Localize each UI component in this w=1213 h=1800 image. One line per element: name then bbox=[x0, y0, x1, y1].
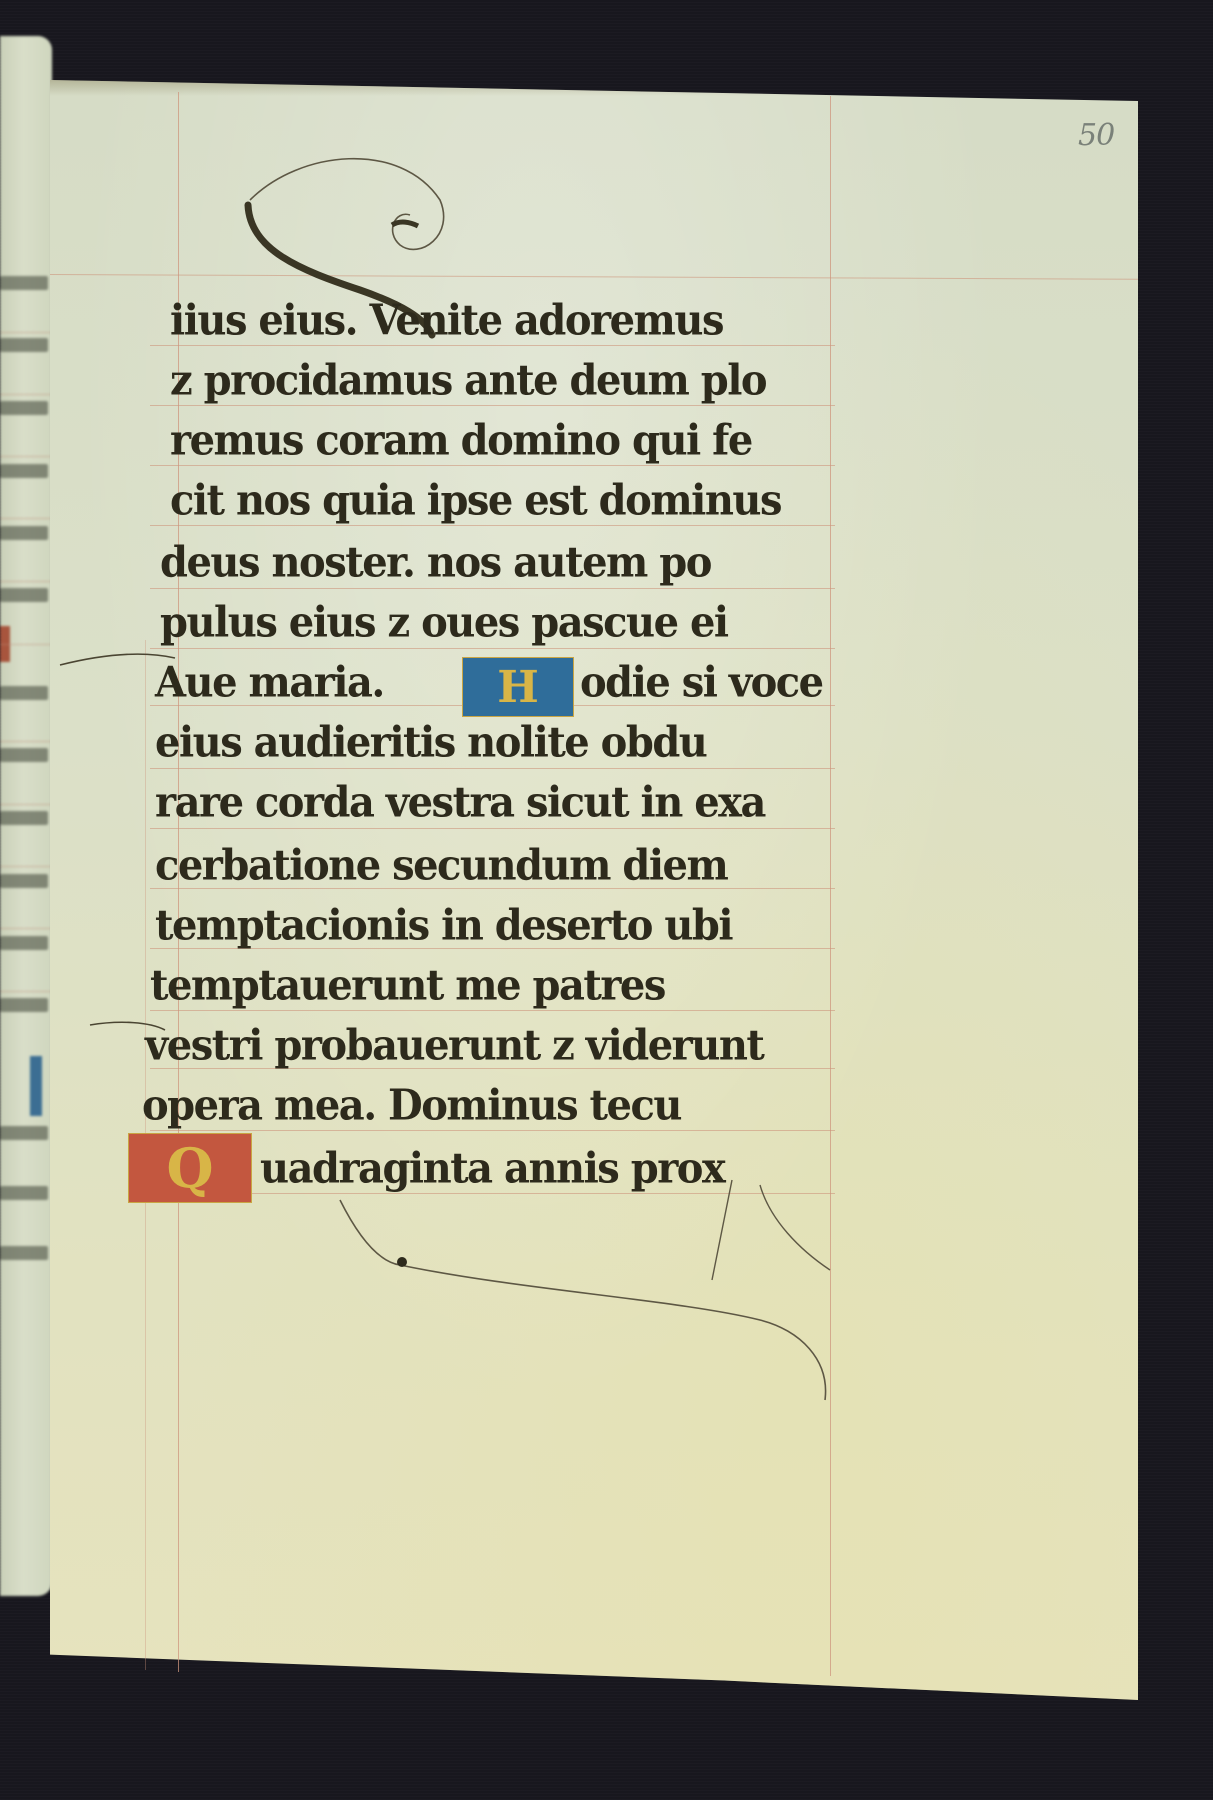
previous-leaf-edge bbox=[0, 36, 52, 1596]
text-line-7a: Aue maria. bbox=[155, 658, 384, 707]
ruling-row bbox=[150, 1010, 835, 1011]
ruling-row bbox=[150, 648, 835, 649]
ruling-row bbox=[150, 588, 835, 589]
text-line-5: deus noster. nos autem po bbox=[160, 538, 711, 587]
text-line-9: rare corda vestra sicut in exa bbox=[155, 778, 765, 827]
text-line-8: eius audieritis nolite obdu bbox=[155, 718, 706, 767]
text-line-13: vestri probauerunt z viderunt bbox=[145, 1021, 763, 1070]
folio-number: 50 bbox=[1078, 118, 1114, 153]
text-line-2: z procidamus ante deum plo bbox=[170, 356, 766, 405]
text-line-15: uadraginta annis prox bbox=[260, 1144, 724, 1193]
text-line-7b: odie si voce bbox=[580, 658, 823, 707]
ruling-row bbox=[150, 345, 835, 346]
ruling-row bbox=[150, 828, 835, 829]
text-line-12: temptauerunt me patres bbox=[150, 961, 665, 1010]
illuminated-initial-h: H bbox=[462, 657, 574, 717]
text-line-11: temptacionis in deserto ubi bbox=[155, 901, 732, 950]
ruling-row bbox=[150, 465, 835, 466]
ruling-row bbox=[150, 525, 835, 526]
ruling-row bbox=[150, 768, 835, 769]
ruling-row bbox=[150, 405, 835, 406]
illuminated-initial-q: Q bbox=[128, 1133, 252, 1203]
text-line-1: iius eius. Venite adoremus bbox=[170, 296, 723, 345]
text-line-4: cit nos quia ipse est dominus bbox=[170, 476, 781, 525]
ruling-right bbox=[830, 96, 831, 1676]
ruling-row bbox=[150, 1130, 835, 1131]
text-line-14: opera mea. Dominus tecu bbox=[142, 1081, 681, 1130]
text-line-3: remus coram domino qui fe bbox=[170, 416, 752, 465]
ruling-row bbox=[150, 1193, 835, 1194]
text-line-10: cerbatione secundum diem bbox=[155, 841, 727, 890]
text-line-6: pulus eius z oues pascue ei bbox=[160, 598, 728, 647]
